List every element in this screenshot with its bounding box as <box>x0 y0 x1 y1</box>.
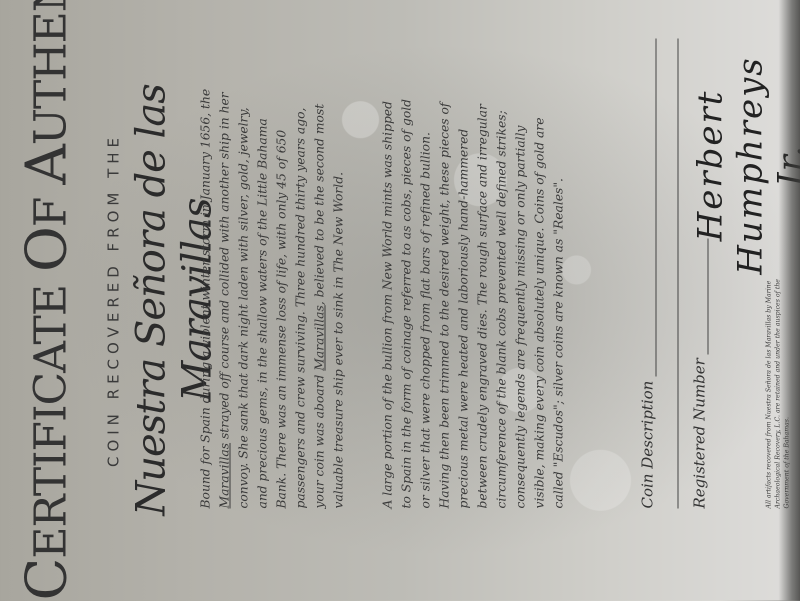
title-initial-a: A <box>15 145 80 184</box>
ship-name-underlined: Maravillas <box>218 443 232 509</box>
ship-name-underlined: Maravillas <box>313 305 327 371</box>
coin-description-field <box>638 39 657 377</box>
coinage-paragraph: A large portion of the bullion from New … <box>379 89 569 509</box>
title-word-of: f <box>26 185 77 228</box>
certificate: Certificate Of Authenticity Coin Recover… <box>1 0 800 601</box>
paragraph-text: Bound for Spain during a violent winter … <box>199 89 213 509</box>
coin-description-continuation-row <box>657 39 679 509</box>
paragraph-text: strayed off course and collided with ano… <box>218 92 327 508</box>
title-initial-o: O <box>15 227 80 272</box>
coin-description-continuation-line <box>660 39 679 509</box>
registered-number-label: Registered Number <box>691 358 709 508</box>
title-word-certificate: ertificate <box>26 272 77 559</box>
certificate-title: Certificate Of Authenticity <box>15 0 80 601</box>
photo-background: Certificate Of Authenticity Coin Recover… <box>0 0 800 601</box>
coin-description-row: Coin Description <box>627 39 657 509</box>
history-paragraph: Bound for Spain during a violent winter … <box>197 89 349 509</box>
title-initial-c: C <box>15 559 80 601</box>
paper-edge-shadow <box>779 0 800 601</box>
coin-description-label: Coin Description <box>639 381 657 509</box>
certificate-subtitle: Coin Recovered From The <box>105 0 123 601</box>
title-word-authenticity: uthenticity <box>26 0 77 145</box>
